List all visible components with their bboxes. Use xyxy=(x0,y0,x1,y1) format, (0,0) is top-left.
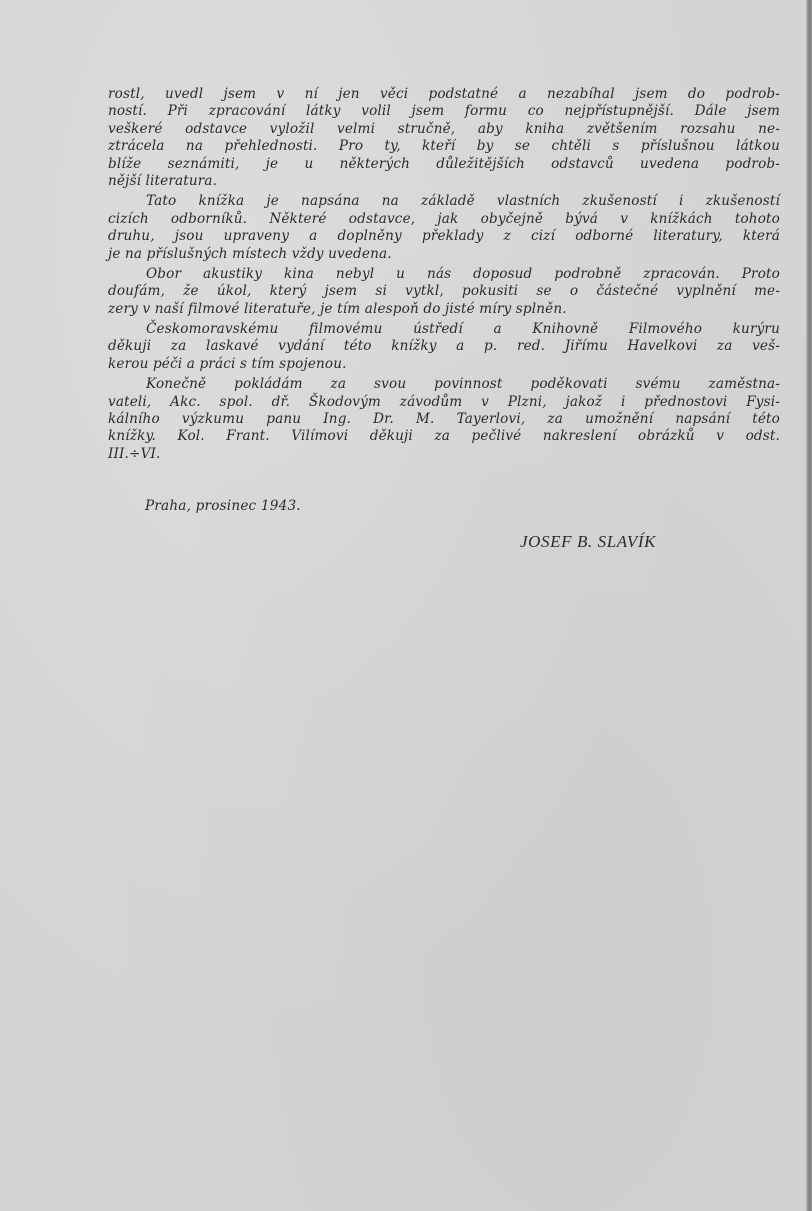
text-line: rostl, uvedl jsem v ní jen věci podstatn… xyxy=(108,86,780,103)
paragraph: Obor akustiky kina nebyl u nás doposud p… xyxy=(108,266,780,318)
paragraph: Konečně pokládám za svou povinnost poděk… xyxy=(108,376,780,463)
preface-text: rostl, uvedl jsem v ní jen věci podstatn… xyxy=(108,86,780,463)
text-line: vateli, Akc. spol. dř. Škodovým závodům … xyxy=(108,394,780,411)
text-line: druhu, jsou upraveny a doplněny překlady… xyxy=(108,228,780,245)
book-page: rostl, uvedl jsem v ní jen věci podstatn… xyxy=(0,0,812,1211)
paragraph: Tato knížka je napsána na základě vlastn… xyxy=(108,193,780,263)
text-line: Českomoravskému filmovému ústředí a Knih… xyxy=(108,321,780,338)
text-line: kálního výzkumu panu Ing. Dr. M. Tayerlo… xyxy=(108,411,780,428)
text-line: Obor akustiky kina nebyl u nás doposud p… xyxy=(108,266,780,283)
text-line: Tato knížka je napsána na základě vlastn… xyxy=(108,193,780,210)
text-line: děkuji za laskavé vydání této knížky a p… xyxy=(108,338,780,355)
text-line: doufám, že úkol, který jsem si vytkl, po… xyxy=(108,283,780,300)
text-line: zery v naší filmové literatuře, je tím a… xyxy=(108,301,780,318)
page-edge-shadow xyxy=(806,0,812,1211)
text-line: III.÷VI. xyxy=(108,446,780,463)
text-line: kerou péči a práci s tím spojenou. xyxy=(108,356,780,373)
text-line: ztrácela na přehlednosti. Pro ty, kteří … xyxy=(108,138,780,155)
text-line: cizích odborníků. Některé odstavce, jak … xyxy=(108,211,780,228)
text-line: nější literatura. xyxy=(108,173,780,190)
author-signature: JOSEF B. SLAVÍK xyxy=(520,532,656,552)
date-line: Praha, prosinec 1943. xyxy=(145,498,301,514)
paragraph: Českomoravskému filmovému ústředí a Knih… xyxy=(108,321,780,373)
text-line: blíže seznámiti, je u některých důležitě… xyxy=(108,156,780,173)
text-line: Konečně pokládám za svou povinnost poděk… xyxy=(108,376,780,393)
text-line: knížky. Kol. Frant. Vilímovi děkuji za p… xyxy=(108,428,780,445)
text-line: veškeré odstavce vyložil velmi stručně, … xyxy=(108,121,780,138)
text-line: je na příslušných místech vždy uvedena. xyxy=(108,246,780,263)
text-line: ností. Při zpracování látky volil jsem f… xyxy=(108,103,780,120)
paragraph: rostl, uvedl jsem v ní jen věci podstatn… xyxy=(108,86,780,190)
